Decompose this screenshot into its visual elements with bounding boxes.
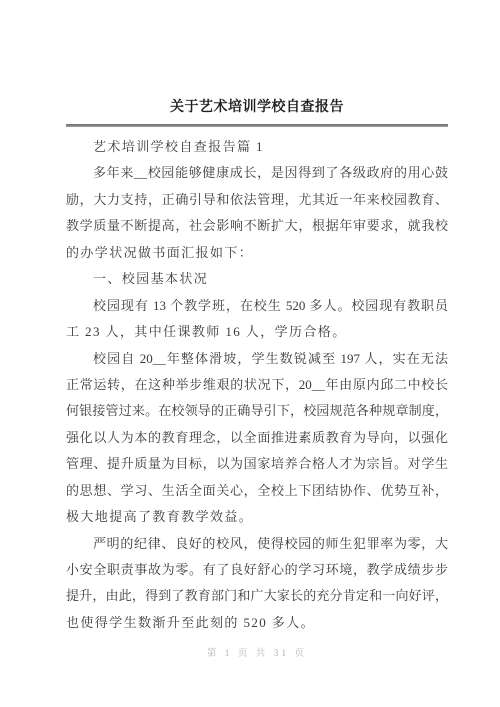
document-body: 艺术培训学校自查报告篇 1 多年来__校园能够健康成长，是因得到了各级政府的用心…: [66, 134, 448, 636]
document-title: 关于艺术培训学校自查报告: [66, 0, 448, 120]
text-line: 校园自 20__年整体滑坡，学生数锐减至 197 人，实在无法: [66, 346, 448, 372]
section-heading: 一、校园基本状况: [66, 266, 448, 292]
text-line: 极大地提高了教育教学效益。: [66, 504, 448, 530]
text-line: 工 23 人，其中任课教师 16 人，学历合格。: [66, 319, 448, 345]
text-line: 校园现有 13 个教学班，在校生 520 多人。校园现有教职员: [66, 293, 448, 319]
text-line: 励，大力支持，正确引导和依法管理，尤其近一年来校园教育、: [66, 187, 448, 213]
subtitle-line: 艺术培训学校自查报告篇 1: [66, 134, 448, 160]
document-page: 关于艺术培训学校自查报告 艺术培训学校自查报告篇 1 多年来__校园能够健康成长…: [0, 0, 500, 707]
text-line: 提升，由此，得到了教育部门和广大家长的充分肯定和一向好评，: [66, 583, 448, 609]
title-divider: [66, 124, 448, 127]
text-line: 的办学状况做书面汇报如下：: [66, 240, 448, 266]
document-content: 关于艺术培训学校自查报告 艺术培训学校自查报告篇 1 多年来__校园能够健康成长…: [66, 0, 448, 636]
text-line: 严明的纪律、良好的校风，使得校园的师生犯罪率为零，大: [66, 531, 448, 557]
text-line: 管理、提升质量为目标，以为国家培养合格人才为宗旨。对学生: [66, 451, 448, 477]
text-line: 的思想、学习、生活全面关心，全校上下团结协作、优势互补，: [66, 478, 448, 504]
text-line: 正常运转，在这种举步维艰的状况下，20__年由原内邱二中校长: [66, 372, 448, 398]
text-line: 多年来__校园能够健康成长，是因得到了各级政府的用心鼓: [66, 160, 448, 186]
text-line: 教学质量不断提高，社会影响不断扩大，根据年审要求，就我校: [66, 213, 448, 239]
text-line: 何银接管过来。在校领导的正确导引下，校园规范各种规章制度，: [66, 398, 448, 424]
text-line: 也使得学生数渐升至此刻的 520 多人。: [66, 610, 448, 636]
text-line: 强化以人为本的教育理念，以全面推进素质教育为导向，以强化: [66, 425, 448, 451]
text-line: 小安全职责事故为零。有了良好舒心的学习环境，教学成绩步步: [66, 557, 448, 583]
page-number-footer: 第 1 页 共 31 页: [66, 645, 448, 659]
